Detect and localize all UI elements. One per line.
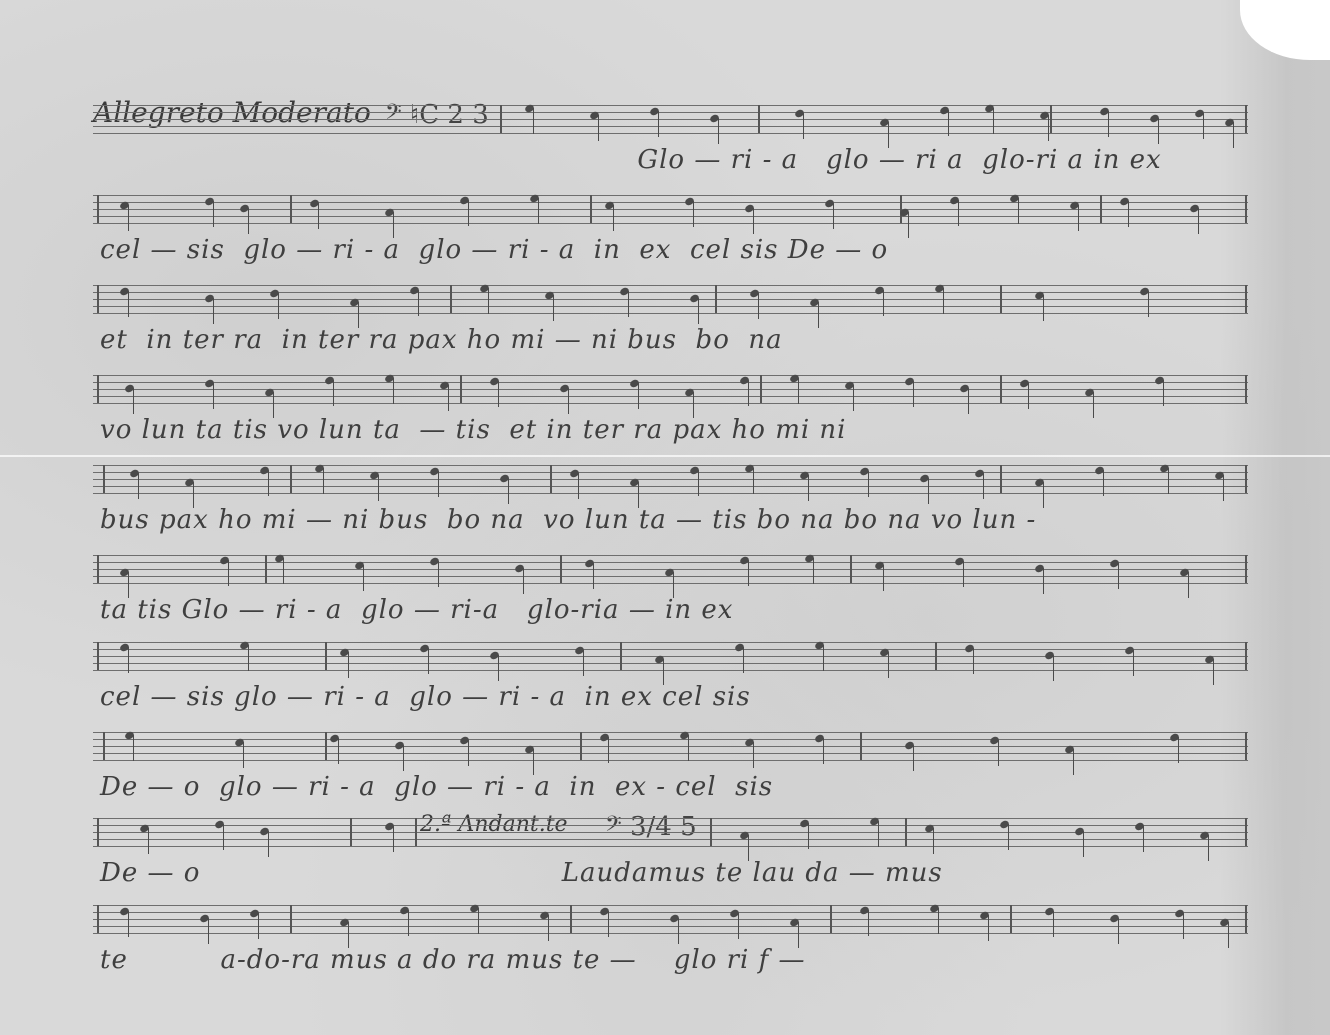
barline — [1245, 555, 1247, 583]
note-stem — [488, 288, 489, 314]
note-stem — [1053, 911, 1054, 937]
staff-line — [93, 306, 1248, 307]
note-stem — [1103, 470, 1104, 496]
note-stem — [1203, 113, 1204, 139]
note-stem — [973, 648, 974, 674]
staff-line — [93, 818, 1248, 819]
note-stem — [1143, 826, 1144, 852]
note-stem — [553, 295, 554, 321]
note-stem — [753, 468, 754, 494]
staff-line — [93, 732, 1248, 733]
note-stem — [808, 823, 809, 849]
staff — [93, 905, 1248, 933]
note-stem — [908, 212, 909, 238]
note-stem — [438, 561, 439, 587]
staff-line — [93, 753, 1248, 754]
note-stem — [213, 298, 214, 324]
lyric-line: ta tis Glo — ri - a glo — ri-a glo-ria —… — [100, 595, 733, 625]
barline — [1050, 105, 1052, 133]
staff-line — [93, 119, 1248, 120]
barline — [1010, 905, 1012, 933]
note-stem — [533, 108, 534, 134]
barline — [97, 642, 99, 670]
staff-line — [93, 195, 1248, 196]
note-stem — [813, 558, 814, 584]
staff-line — [93, 656, 1248, 657]
staff-system: cel — sis glo — ri - a glo — ri - a in e… — [0, 185, 1330, 275]
staff — [93, 465, 1248, 493]
barline — [97, 195, 99, 223]
staff-line — [93, 403, 1248, 404]
lyric-line: bus pax ho mi — ni bus bo na vo lun ta —… — [100, 505, 1036, 535]
staff-line — [93, 912, 1248, 913]
barline — [935, 642, 937, 670]
barline — [265, 555, 267, 583]
staff-line — [93, 292, 1248, 293]
barline — [758, 105, 760, 133]
note-stem — [583, 650, 584, 676]
note-stem — [468, 740, 469, 766]
note-stem — [348, 652, 349, 678]
note-stem — [1223, 475, 1224, 501]
note-stem — [693, 201, 694, 227]
note-stem — [823, 738, 824, 764]
note-stem — [1213, 659, 1214, 685]
note-stem — [498, 381, 499, 407]
note-stem — [928, 478, 929, 504]
note-stem — [1168, 468, 1169, 494]
note-stem — [248, 208, 249, 234]
staff-line — [93, 216, 1248, 217]
note-stem — [1183, 913, 1184, 939]
note-stem — [508, 478, 509, 504]
lyric-line: cel — sis glo — ri - a glo — ri - a in e… — [100, 235, 888, 265]
barline — [830, 905, 832, 933]
note-stem — [718, 118, 719, 144]
barline — [1100, 195, 1102, 223]
note-stem — [1048, 115, 1049, 141]
note-stem — [868, 471, 869, 497]
note-stem — [748, 560, 749, 586]
barline — [350, 818, 352, 846]
note-stem — [538, 198, 539, 224]
note-stem — [1043, 568, 1044, 594]
barline — [715, 285, 717, 313]
note-stem — [743, 647, 744, 673]
note-stem — [658, 111, 659, 137]
staff — [93, 732, 1248, 760]
note-stem — [738, 913, 739, 939]
note-stem — [983, 473, 984, 499]
note-stem — [208, 918, 209, 944]
note-stem — [1028, 383, 1029, 409]
staff-system: De — o Laudamus te lau da — mus — [0, 808, 1330, 898]
note-stem — [1228, 922, 1229, 948]
barline — [415, 818, 417, 846]
note-stem — [468, 200, 469, 226]
note-stem — [758, 293, 759, 319]
note-stem — [883, 290, 884, 316]
staff-line — [93, 126, 1248, 127]
staff-line — [93, 133, 1248, 134]
note-stem — [993, 108, 994, 134]
note-stem — [408, 910, 409, 936]
note-stem — [1043, 482, 1044, 508]
barline — [1245, 818, 1247, 846]
barline — [905, 818, 907, 846]
note-stem — [593, 563, 594, 589]
note-stem — [638, 383, 639, 409]
note-stem — [133, 735, 134, 761]
note-stem — [808, 475, 809, 501]
barline — [103, 732, 105, 760]
note-stem — [1233, 122, 1234, 148]
note-stem — [548, 915, 549, 941]
barline — [1245, 285, 1247, 313]
note-stem — [833, 203, 834, 229]
note-stem — [523, 568, 524, 594]
note-stem — [1008, 824, 1009, 850]
note-stem — [613, 205, 614, 231]
note-stem — [278, 293, 279, 319]
note-stem — [883, 565, 884, 591]
note-stem — [478, 908, 479, 934]
staff-line — [93, 105, 1248, 106]
note-stem — [258, 913, 259, 939]
staff-line — [93, 760, 1248, 761]
note-stem — [803, 113, 804, 139]
barline — [1245, 375, 1247, 403]
note-stem — [938, 908, 939, 934]
barline — [1245, 195, 1247, 223]
staff — [93, 642, 1248, 670]
note-stem — [393, 378, 394, 404]
staff-line — [93, 825, 1248, 826]
staff — [93, 105, 1248, 133]
staff-line — [93, 375, 1248, 376]
staff-line — [93, 839, 1248, 840]
note-stem — [748, 380, 749, 406]
note-stem — [1148, 291, 1149, 317]
staff-line — [93, 663, 1248, 664]
barline — [850, 555, 852, 583]
note-stem — [128, 205, 129, 231]
note-stem — [1128, 201, 1129, 227]
note-stem — [438, 471, 439, 497]
note-stem — [428, 648, 429, 674]
barline — [97, 555, 99, 583]
note-stem — [998, 740, 999, 766]
note-stem — [913, 381, 914, 407]
note-stem — [878, 821, 879, 847]
lyric-line: De — o glo — ri - a glo — ri - a in ex -… — [100, 772, 773, 802]
barline — [550, 465, 552, 493]
staff-line — [93, 382, 1248, 383]
note-stem — [698, 470, 699, 496]
staff — [93, 285, 1248, 313]
note-stem — [363, 565, 364, 591]
note-stem — [138, 473, 139, 499]
note-stem — [1073, 749, 1074, 775]
lyric-line: te a-do-ra mus a do ra mus te — glo ri f… — [100, 945, 806, 975]
barline — [460, 375, 462, 403]
barline — [325, 642, 327, 670]
barline — [1245, 642, 1247, 670]
note-stem — [568, 388, 569, 414]
note-stem — [1083, 831, 1084, 857]
note-stem — [393, 826, 394, 852]
staff-line — [93, 933, 1248, 934]
staff-line — [93, 479, 1248, 480]
note-stem — [963, 561, 964, 587]
note-stem — [753, 742, 754, 768]
note-stem — [1163, 380, 1164, 406]
note-stem — [133, 388, 134, 414]
note-stem — [578, 473, 579, 499]
note-stem — [243, 742, 244, 768]
staff-line — [93, 285, 1248, 286]
note-stem — [323, 468, 324, 494]
staff-system: bus pax ho mi — ni bus bo na vo lun ta —… — [0, 455, 1330, 545]
staff-line — [93, 642, 1248, 643]
note-stem — [943, 288, 944, 314]
note-stem — [608, 737, 609, 763]
note-stem — [498, 655, 499, 681]
note-stem — [798, 378, 799, 404]
note-stem — [823, 645, 824, 671]
lyric-line: De — o Laudamus te lau da — mus — [100, 858, 943, 888]
staff — [93, 818, 1248, 846]
note-stem — [818, 302, 819, 328]
barline — [760, 375, 762, 403]
note-stem — [933, 828, 934, 854]
note-stem — [448, 385, 449, 411]
staff-line — [93, 313, 1248, 314]
staff-line — [93, 739, 1248, 740]
barline — [500, 105, 502, 133]
note-stem — [968, 388, 969, 414]
note-stem — [248, 645, 249, 671]
note-stem — [1093, 392, 1094, 418]
note-stem — [403, 745, 404, 771]
note-stem — [1178, 737, 1179, 763]
staff-line — [93, 493, 1248, 494]
note-stem — [1108, 111, 1109, 137]
note-stem — [128, 291, 129, 317]
staff-system: et in ter ra in ter ra pax ho mi — ni bu… — [0, 275, 1330, 365]
barline — [590, 195, 592, 223]
barline — [570, 905, 572, 933]
note-stem — [888, 652, 889, 678]
barline — [710, 818, 712, 846]
barline — [1000, 285, 1002, 313]
note-stem — [948, 110, 949, 136]
staff-line — [93, 670, 1248, 671]
barline — [290, 465, 292, 493]
barline — [580, 732, 582, 760]
note-stem — [418, 290, 419, 316]
barline — [290, 195, 292, 223]
note-stem — [1133, 650, 1134, 676]
note-stem — [268, 470, 269, 496]
staff-line — [93, 486, 1248, 487]
note-stem — [148, 828, 149, 854]
staff-line — [93, 905, 1248, 906]
note-stem — [213, 383, 214, 409]
staff-line — [93, 583, 1248, 584]
staff-system: De — o glo — ri - a glo — ri - a in ex -… — [0, 722, 1330, 812]
note-stem — [1018, 198, 1019, 224]
barline — [860, 732, 862, 760]
staff-line — [93, 649, 1248, 650]
note-stem — [1198, 208, 1199, 234]
lyric-line: cel — sis glo — ri - a glo — ri - a in e… — [100, 682, 751, 712]
note-stem — [628, 291, 629, 317]
barline — [620, 642, 622, 670]
staff-line — [93, 926, 1248, 927]
barline — [1000, 465, 1002, 493]
lyric-line: vo lun ta tis vo lun ta — tis et in ter … — [100, 415, 847, 445]
staff-system: vo lun ta tis vo lun ta — tis et in ter … — [0, 365, 1330, 455]
note-stem — [1053, 655, 1054, 681]
note-stem — [913, 745, 914, 771]
note-stem — [1188, 572, 1189, 598]
staff-line — [93, 223, 1248, 224]
note-stem — [333, 380, 334, 406]
lyric-line: et in ter ra in ter ra pax ho mi — ni bu… — [100, 325, 783, 355]
note-stem — [1043, 295, 1044, 321]
note-stem — [688, 735, 689, 761]
barline — [103, 465, 105, 493]
note-stem — [988, 915, 989, 941]
barline — [97, 905, 99, 933]
staff — [93, 195, 1248, 223]
barline — [1245, 105, 1247, 133]
barline — [97, 285, 99, 313]
staff-system: cel — sis glo — ri - a glo — ri - a in e… — [0, 632, 1330, 722]
note-stem — [1118, 563, 1119, 589]
note-stem — [128, 647, 129, 673]
note-stem — [753, 208, 754, 234]
note-stem — [128, 911, 129, 937]
barline — [1000, 375, 1002, 403]
barline — [560, 555, 562, 583]
note-stem — [1208, 835, 1209, 861]
note-stem — [678, 918, 679, 944]
barline — [325, 732, 327, 760]
note-stem — [1118, 918, 1119, 944]
staff — [93, 375, 1248, 403]
note-stem — [338, 738, 339, 764]
staff-line — [93, 746, 1248, 747]
note-stem — [268, 831, 269, 857]
staff-line — [93, 299, 1248, 300]
barline — [1245, 465, 1247, 493]
barline — [290, 905, 292, 933]
staff-system: Glo — ri - a glo — ri a glo-ri a in ex — [0, 95, 1330, 185]
staff-system: ta tis Glo — ri - a glo — ri-a glo-ria —… — [0, 545, 1330, 635]
note-stem — [608, 911, 609, 937]
note-stem — [378, 475, 379, 501]
barline — [97, 375, 99, 403]
note-stem — [853, 385, 854, 411]
note-stem — [213, 201, 214, 227]
note-stem — [1078, 205, 1079, 231]
note-stem — [223, 824, 224, 850]
barline — [1245, 905, 1247, 933]
lyric-line: Glo — ri - a glo — ri a glo-ri a in ex — [100, 145, 1162, 175]
barline — [1245, 732, 1247, 760]
note-stem — [283, 558, 284, 584]
note-stem — [228, 560, 229, 586]
note-stem — [318, 203, 319, 229]
note-stem — [958, 200, 959, 226]
barline — [97, 818, 99, 846]
note-stem — [1158, 118, 1159, 144]
staff-line — [93, 112, 1248, 113]
staff — [93, 555, 1248, 583]
note-stem — [598, 115, 599, 141]
note-stem — [698, 298, 699, 324]
staff-line — [93, 846, 1248, 847]
staff-system: te a-do-ra mus a do ra mus te — glo ri f… — [0, 895, 1330, 985]
note-stem — [868, 910, 869, 936]
barline — [450, 285, 452, 313]
